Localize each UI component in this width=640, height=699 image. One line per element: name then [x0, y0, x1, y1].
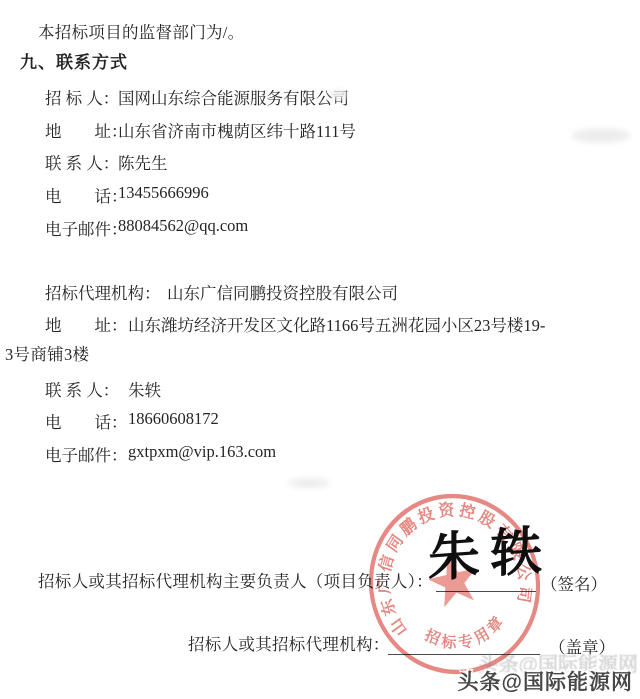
- supervision-note: 本招标项目的监督部门为/。: [38, 22, 244, 43]
- field-label: 联 系 人：: [45, 150, 119, 174]
- agency-row-email: 电子邮件： gxtpxm@vip.163.com: [0, 442, 640, 463]
- field-label: 地 址：: [45, 118, 128, 142]
- tenderer-row-contact: 联 系 人： 陈先生: [0, 150, 640, 171]
- scan-smudge: [330, 90, 348, 99]
- field-label: 电 话：: [45, 183, 128, 207]
- agency-row-phone: 电 话： 18660608172: [0, 409, 640, 430]
- agency-title-row: 招标代理机构： 山东广信同鹏投资控股有限公司: [0, 280, 640, 301]
- field-label: 地 址：: [45, 312, 128, 336]
- field-label: 联 系 人：: [45, 377, 119, 401]
- tenderer-row-phone: 电 话： 13455666996: [0, 183, 640, 204]
- field-value: 山东潍坊经济开发区文化路1166号五洲花园小区23号楼19-: [128, 312, 545, 336]
- field-label: 招标代理机构：: [45, 280, 161, 304]
- signoff-org-label: 招标人或其招标代理机构：: [188, 634, 390, 655]
- tenderer-row-name: 招 标 人： 国网山东综合能源服务有限公司: [0, 85, 640, 106]
- field-value: gxtpxm@vip.163.com: [128, 442, 276, 462]
- tenderer-row-email: 电子邮件： 88084562@qq.com: [0, 216, 640, 237]
- handwritten-signature: 朱轶: [428, 508, 552, 592]
- scanned-tender-document: 本招标项目的监督部门为/。 九、联系方式 招 标 人： 国网山东综合能源服务有限…: [0, 0, 640, 699]
- field-value: 国网山东综合能源服务有限公司: [118, 85, 349, 109]
- field-value: 山东广信同鹏投资控股有限公司: [167, 280, 398, 304]
- field-value: 山东省济南市槐荫区纬十路111号: [118, 118, 356, 142]
- field-value: 88084562@qq.com: [118, 216, 248, 236]
- field-label: 电 话：: [45, 409, 128, 433]
- field-label: 电子邮件：: [45, 216, 128, 240]
- field-label: 招 标 人：: [45, 85, 119, 109]
- section-heading: 九、联系方式: [20, 52, 128, 73]
- field-value: 18660608172: [128, 409, 219, 429]
- field-value: 陈先生: [118, 150, 168, 174]
- tenderer-row-address: 地 址： 山东省济南市槐荫区纬十路111号: [0, 118, 640, 139]
- scan-smudge: [572, 128, 630, 143]
- toutiao-watermark: 头条@国际能源网: [458, 666, 633, 696]
- field-value: 13455666996: [118, 183, 209, 203]
- agency-row-contact: 联 系 人： 朱轶: [0, 377, 640, 398]
- agency-address-continuation: 3号商铺3楼: [5, 344, 89, 365]
- agency-row-address: 地 址： 山东潍坊经济开发区文化路1166号五洲花园小区23号楼19-: [0, 312, 640, 333]
- field-value: 朱轶: [128, 377, 161, 401]
- field-label: 电子邮件：: [45, 442, 128, 466]
- scan-smudge: [288, 478, 330, 488]
